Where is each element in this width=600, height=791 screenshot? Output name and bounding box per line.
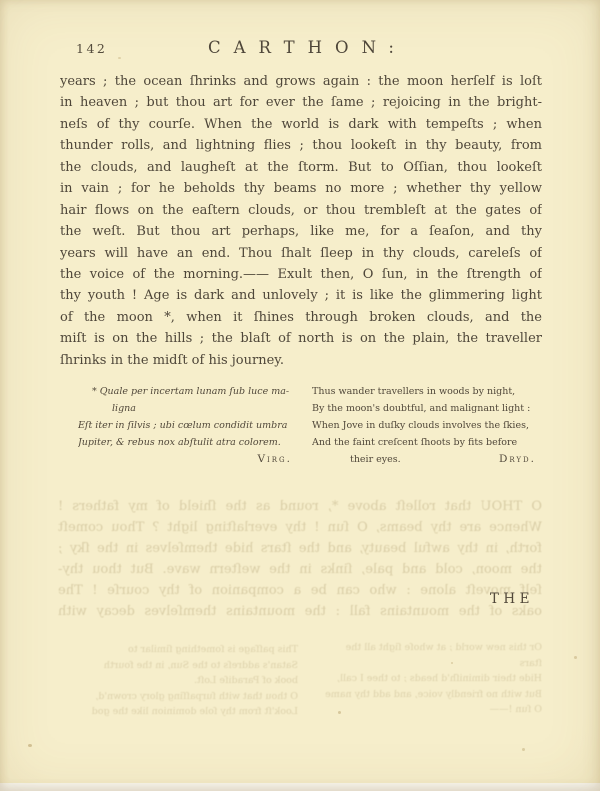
- bleedthrough-line: Or this new world ; at whoſe ſight all t…: [308, 640, 542, 656]
- body-line: of the moon *, when it ſhines through br…: [60, 307, 542, 328]
- virgil-attribution: Virg.: [257, 453, 292, 465]
- footnote-english-last-row: their eyes. Dryd.: [312, 451, 542, 468]
- footnote-latin-line: ligna: [78, 400, 304, 417]
- bleedthrough-note-right: Or this new world ; at whoſe ſight all t…: [308, 640, 542, 718]
- bleedthrough-line: book of Paradiſe Loſt.: [62, 673, 298, 689]
- bleedthrough-line: O thou that with ſurpaſſing glory crown'…: [62, 689, 298, 705]
- footnote-english-last-fragment: their eyes.: [312, 451, 401, 468]
- footnote-english-line: And the faint creſcent ſhoots by fits be…: [312, 434, 542, 451]
- bleedthrough-line: O THOU that rolleſt above *, round as th…: [58, 496, 542, 517]
- footnote-english-line: By the moon's doubtful, and malignant li…: [312, 400, 542, 417]
- foxing-spot: [28, 744, 32, 747]
- catchword: THE: [490, 591, 534, 607]
- body-line: the weſt. But thou art perhaps, like me,…: [60, 221, 542, 242]
- book-page-scan: 142 CARTHON: years ; the ocean ſhrinks a…: [0, 0, 600, 791]
- foxing-spot: [451, 662, 453, 664]
- bleedthrough-line: ſelf moveſt alone : who can be a compani…: [58, 580, 542, 601]
- foxing-spot: [338, 711, 341, 714]
- bleedthrough-paragraph: O THOU that rolleſt above *, round as th…: [58, 496, 542, 622]
- body-line: thy youth ! Age is dark and unlovely ; i…: [60, 285, 542, 306]
- bleedthrough-note-left: This paſſage is ſomething ſimilar toSata…: [62, 642, 298, 720]
- bleedthrough-line: the moon, cold and pale, ſinks in the we…: [58, 559, 542, 580]
- bleedthrough-line: Whence are thy beams, O ſun ! thy everla…: [58, 517, 542, 538]
- footnote-latin-line: Eſt iter in ſilvis ; ubi cœlum condidit …: [78, 417, 304, 434]
- dryden-attribution: Dryd.: [499, 451, 542, 468]
- foxing-spot: [574, 656, 577, 659]
- body-line: years ; the ocean ſhrinks and grows agai…: [60, 71, 542, 92]
- bleedthrough-line: This paſſage is ſomething ſimilar to: [62, 642, 298, 658]
- body-line: miſt is on the hills ; the blaſt of nort…: [60, 328, 542, 349]
- foxing-spot: [118, 57, 121, 59]
- footnote-english-column: Thus wander travellers in woods by night…: [312, 383, 542, 468]
- footnote-latin-line: *Quale per incertam lunam ſub luce ma-: [78, 383, 304, 400]
- body-line: the clouds, and laugheſt at the ſtorm. B…: [60, 157, 542, 178]
- bleedthrough-line: forth, in thy awful beauty, and the ſtar…: [58, 538, 542, 559]
- bleedthrough-line: Hide their diminiſh'd heads ; to thee I …: [308, 671, 542, 687]
- footnote-latin-attribution-row: Virg.: [78, 451, 304, 468]
- body-line: in heaven ; but thou art for ever the ſa…: [60, 92, 542, 113]
- bleedthrough-line: Satan's addreſs to the Sun, in the fourt…: [62, 658, 298, 674]
- footnote: *Quale per incertam lunam ſub luce ma- l…: [78, 383, 542, 468]
- footnote-latin-text: Quale per incertam lunam ſub luce ma-: [100, 386, 289, 397]
- body-line: years will have an end. Thou ſhalt ſleep…: [60, 243, 542, 264]
- bleedthrough-line: O ſun !——: [308, 702, 542, 718]
- bleedthrough-line: oaks of the mountains fall : the mountai…: [58, 601, 542, 622]
- footnote-english-line: When Jove in duſky clouds involves the ſ…: [312, 417, 542, 434]
- bleedthrough-line: ſtars: [308, 656, 542, 672]
- bleedthrough-line: Look'ſt from thy ſole dominion like the …: [62, 704, 298, 720]
- body-line: neſs of thy courſe. When the world is da…: [60, 114, 542, 135]
- body-line: hair flows on the eaſtern clouds, or tho…: [60, 200, 542, 221]
- footnote-asterisk-marker: *: [92, 386, 97, 397]
- bleedthrough-line: But with no friendly voice, and add thy …: [308, 687, 542, 703]
- running-title: CARTHON:: [60, 38, 542, 57]
- footnote-english-line: Thus wander travellers in woods by night…: [312, 383, 542, 400]
- body-line: thunder rolls, and lightning flies ; tho…: [60, 135, 542, 156]
- footnote-latin-column: *Quale per incertam lunam ſub luce ma- l…: [78, 383, 304, 468]
- scan-backing-strip: [0, 783, 600, 791]
- footnote-latin-line: Jupiter, & rebus nox abſtulit atra color…: [78, 434, 304, 451]
- footnote-english-lines: Thus wander travellers in woods by night…: [312, 383, 542, 451]
- body-line: in vain ; for he beholds thy beams no mo…: [60, 178, 542, 199]
- foxing-spot: [522, 748, 525, 751]
- body-line: ſhrinks in the midſt of his journey.: [60, 350, 542, 371]
- body-line: the voice of the morning.—— Exult then, …: [60, 264, 542, 285]
- body-paragraph: years ; the ocean ſhrinks and grows agai…: [60, 71, 542, 371]
